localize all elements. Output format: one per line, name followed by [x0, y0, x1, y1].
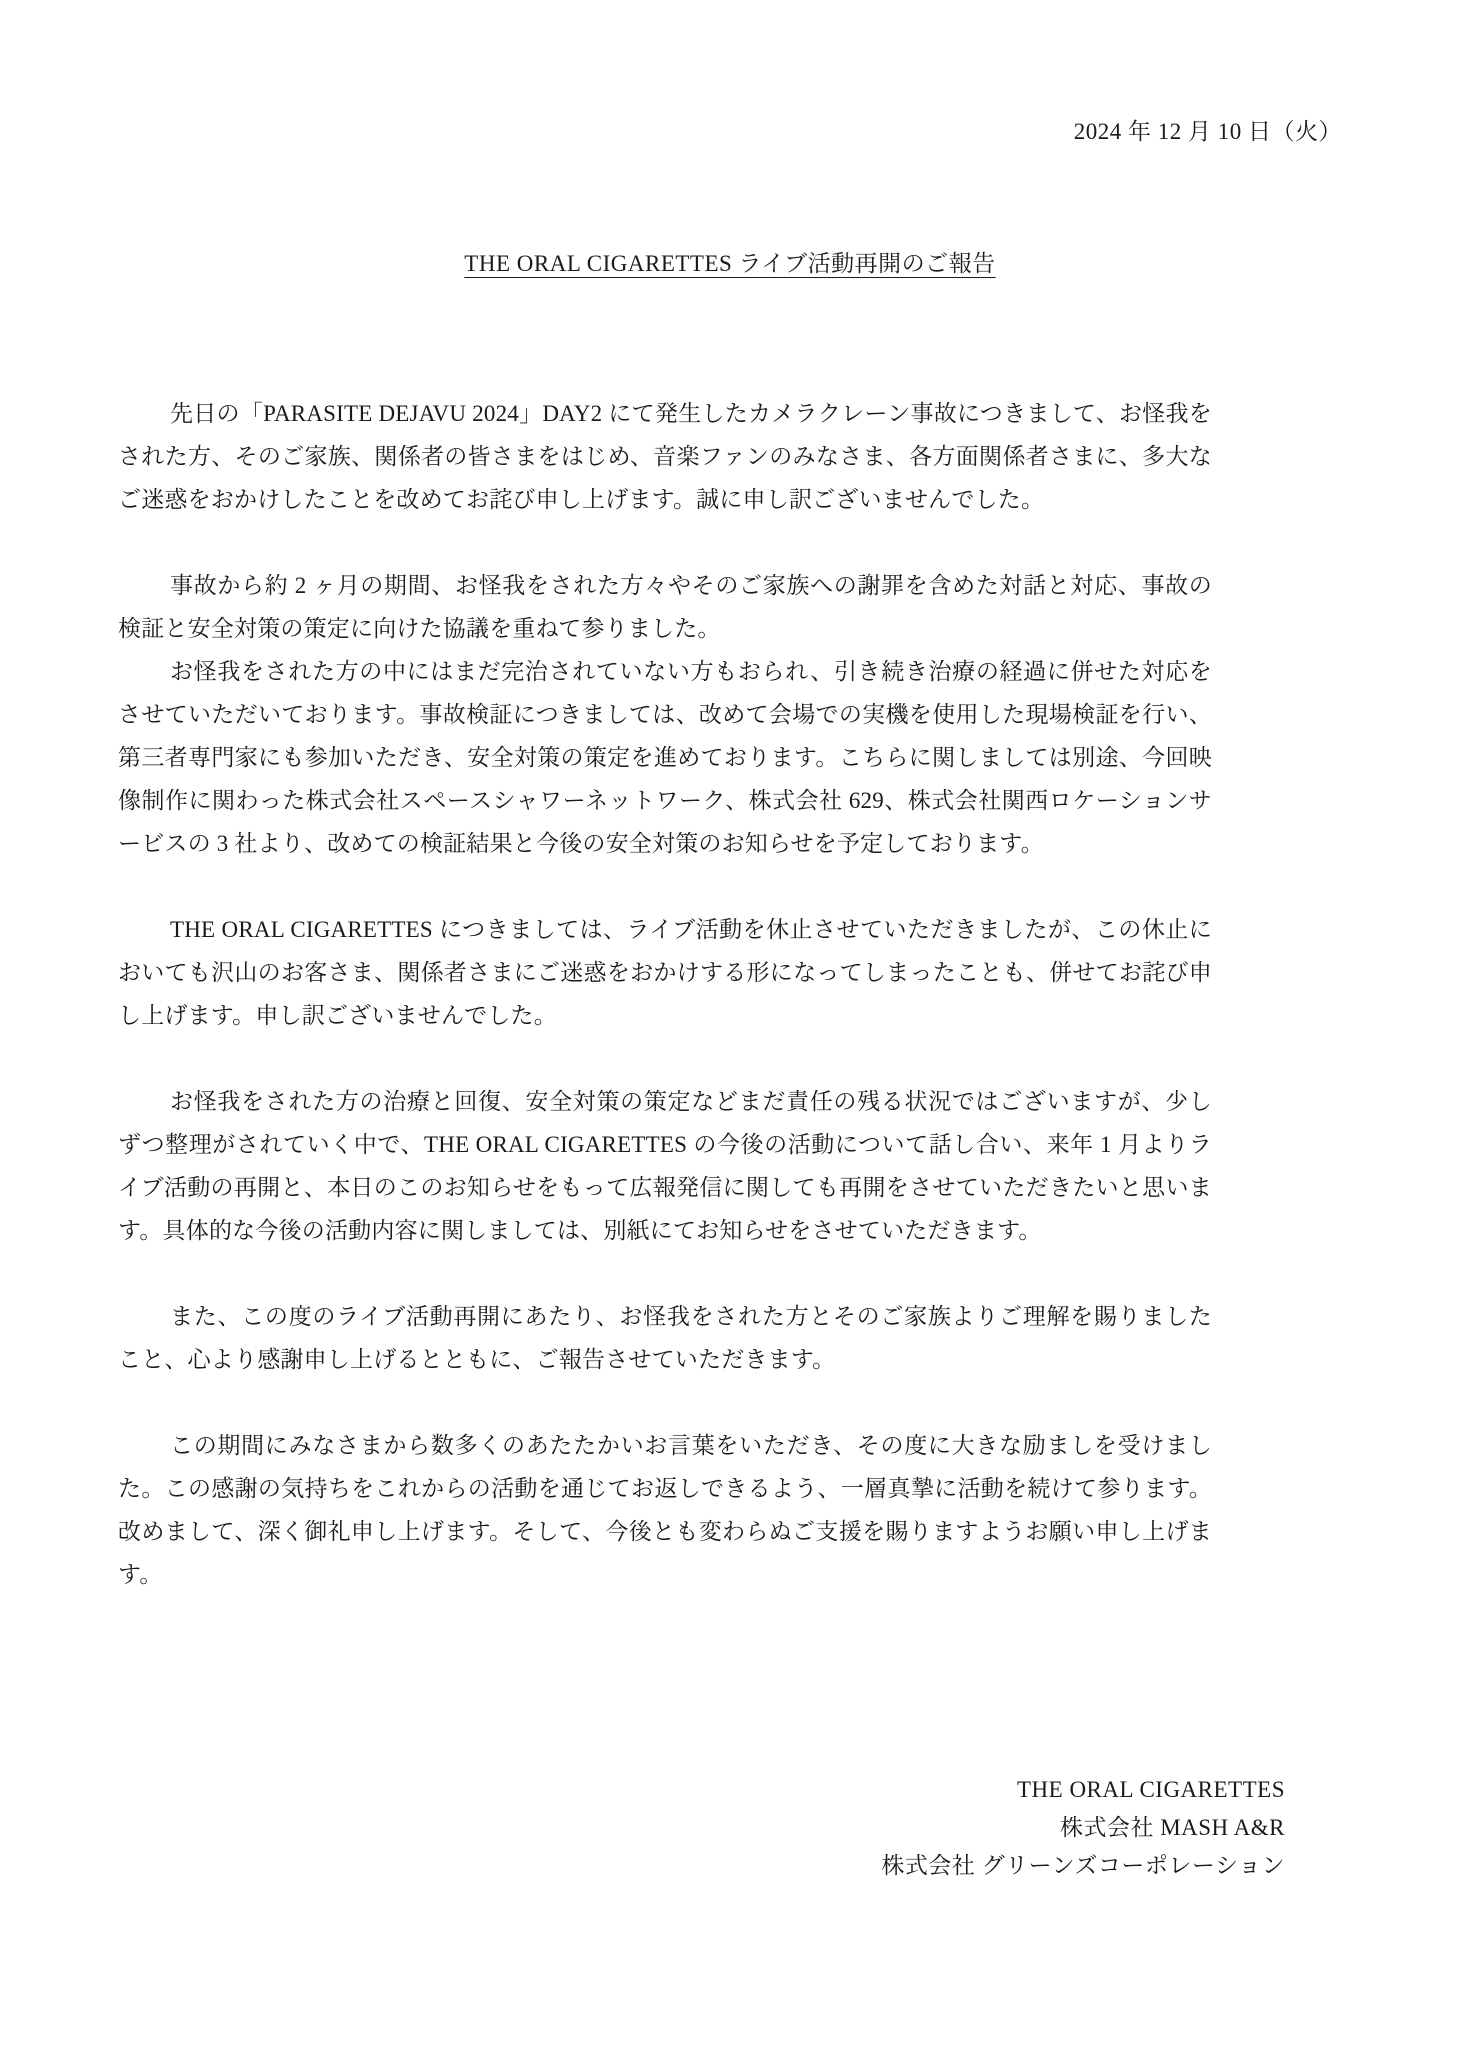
signature-block: THE ORAL CIGARETTES 株式会社 MASH A&R 株式会社 グ…	[118, 1771, 1342, 1885]
body-paragraph-3: お怪我をされた方の中にはまだ完治されていない方もおられ、引き続き治療の経過に併せ…	[118, 650, 1212, 865]
signature-company-2: 株式会社 グリーンズコーポレーション	[118, 1847, 1285, 1885]
document-page: 2024 年 12 月 10 日（火） THE ORAL CIGARETTES …	[0, 0, 1460, 2048]
body-paragraph-1: 先日の「PARASITE DEJAVU 2024」DAY2 にて発生したカメラク…	[118, 392, 1212, 521]
body-paragraph-7: この期間にみなさまから数多くのあたたかいお言葉をいただき、その度に大きな励ましを…	[118, 1424, 1212, 1596]
body-paragraph-6: また、この度のライブ活動再開にあたり、お怪我をされた方とそのご家族よりご理解を賜…	[118, 1295, 1212, 1381]
document-title: THE ORAL CIGARETTES ライブ活動再開のご報告	[118, 248, 1342, 280]
signature-company-1: 株式会社 MASH A&R	[118, 1809, 1285, 1847]
body-paragraph-2: 事故から約 2 ヶ月の期間、お怪我をされた方々やそのご家族への謝罪を含めた対話と…	[118, 564, 1212, 650]
body-paragraph-5: お怪我をされた方の治療と回復、安全対策の策定などまだ責任の残る状況ではございます…	[118, 1080, 1212, 1252]
body-paragraph-4: THE ORAL CIGARETTES につきましては、ライブ活動を休止させてい…	[118, 908, 1212, 1037]
document-date: 2024 年 12 月 10 日（火）	[118, 116, 1342, 148]
signature-band-name: THE ORAL CIGARETTES	[118, 1771, 1285, 1809]
document-body: 先日の「PARASITE DEJAVU 2024」DAY2 にて発生したカメラク…	[118, 392, 1342, 1596]
